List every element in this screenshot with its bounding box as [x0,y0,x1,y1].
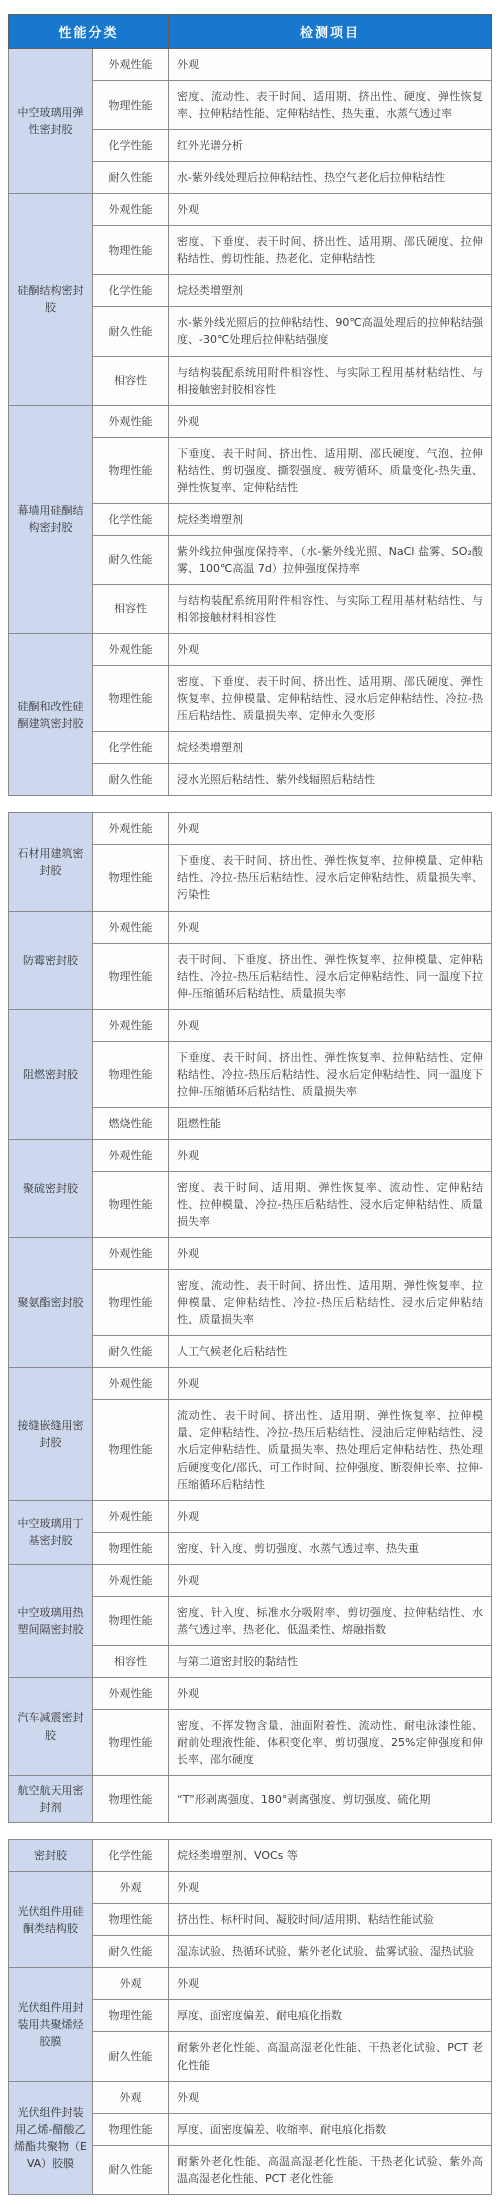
performance-category-cell: 化学性能 [93,275,169,307]
performance-category-cell: 相容性 [93,1645,169,1677]
table-row: 防霉密封胶外观性能外观 [9,911,492,943]
header-performance-category: 性能分类 [9,15,169,49]
performance-category-cell: 外观性能 [93,194,169,226]
performance-table-2: 石材用建筑密封胶外观性能外观物理性能下垂度、表干时间、挤出性、弹性恢复率、拉伸模… [8,812,492,1823]
test-items-cell: 烷烃类增塑剂 [169,732,492,764]
performance-category-cell: 物理性能 [93,1041,169,1107]
product-name-cell: 幕墙用硅酮结构密封胶 [9,405,93,633]
test-items-cell: 挤出性、标杆时间、凝胶时间/适用期、粘结性能试验 [169,1904,492,1936]
test-items-cell: 外观 [169,1500,492,1532]
table-row: 中空玻璃用弹性密封胶外观性能外观 [9,49,492,81]
table-row: 幕墙用硅酮结构密封胶外观性能外观 [9,405,492,437]
performance-category-cell: 外观性能 [93,1009,169,1041]
table-header-row: 性能分类检测项目 [9,15,492,49]
performance-category-cell: 物理性能 [93,437,169,503]
performance-category-cell: 物理性能 [93,1904,169,1936]
test-items-cell: 密度、不挥发物含量、油面附着性、流动性、耐电泳漆性能、耐前处理液性能、体积变化率… [169,1709,492,1775]
performance-category-cell: 物理性能 [93,226,169,275]
performance-category-cell: 外观性能 [93,405,169,437]
test-items-cell: 下垂度、表干时间、挤出性、弹性恢复率、拉伸模量、定伸粘结性、冷拉-热压后粘结性、… [169,845,492,911]
performance-category-cell: 耐久性能 [93,162,169,194]
test-items-cell: 外观 [169,1238,492,1270]
test-items-cell: 厚度、面密度偏差、耐电痕化指数 [169,2000,492,2032]
test-items-cell: 厚度、面密度偏差、收缩率、耐电痕化指数 [169,2113,492,2145]
tables-container: 性能分类检测项目中空玻璃用弹性密封胶外观性能外观物理性能密度、流动性、表干时间、… [8,14,492,2195]
performance-category-cell: 物理性能 [93,666,169,732]
test-items-cell: 流动性、表干时间、挤出性、适用期、弹性恢复率、拉伸模量、定伸粘结性、冷拉-热压后… [169,1400,492,1500]
performance-category-cell: 耐久性能 [93,1936,169,1968]
performance-category-cell: 物理性能 [93,81,169,130]
test-items-cell: 外观 [169,194,492,226]
performance-category-cell: 相容性 [93,584,169,633]
test-items-cell: 外观 [169,1872,492,1904]
test-items-cell: 阻燃性能 [169,1107,492,1139]
performance-category-cell: 化学性能 [93,1840,169,1872]
test-items-cell: 外观 [169,634,492,666]
table-row: 阻燃密封胶外观性能外观 [9,1009,492,1041]
performance-category-cell: 物理性能 [93,845,169,911]
test-items-cell: 水-紫外线处理后拉伸粘结性、热空气老化后拉伸粘结性 [169,162,492,194]
table-row: 硅酮和改性硅酮建筑密封胶外观性能外观 [9,634,492,666]
performance-category-cell: 外观 [93,1872,169,1904]
product-name-cell: 航空航天用密封剂 [9,1776,93,1823]
table-row: 聚硫密封胶外观性能外观 [9,1139,492,1171]
test-items-cell: 外观 [169,405,492,437]
test-items-cell: 烷烃类增塑剂、VOCs 等 [169,1840,492,1872]
performance-category-cell: 物理性能 [93,943,169,1009]
table-row: 汽车减震密封胶外观性能外观 [9,1677,492,1709]
test-items-cell: 表干时间、下垂度、挤出性、弹性恢复率、拉伸模量、定伸粘结性、冷拉-热压后粘结性、… [169,943,492,1009]
table-row: 光伏组件用硅酮类结构胶外观外观 [9,1872,492,1904]
performance-table-3: 密封胶化学性能烷烃类增塑剂、VOCs 等光伏组件用硅酮类结构胶外观外观物理性能挤… [8,1839,492,2195]
product-name-cell: 接缝嵌缝用密封胶 [9,1368,93,1500]
test-items-cell: 水-紫外线光照后的拉伸粘结性、90℃高温处理后的拉伸粘结强度、-30℃处理后拉伸… [169,307,492,356]
product-name-cell: 光伏组件用封装用共聚烯烃胶膜 [9,1968,93,2081]
performance-category-cell: 相容性 [93,356,169,405]
performance-category-cell: 物理性能 [93,1532,169,1564]
performance-category-cell: 化学性能 [93,732,169,764]
test-items-cell: 下垂度、表干时间、挤出性、弹性恢复率、拉伸粘结性、定伸粘结性、冷拉-热压后粘结性… [169,1041,492,1107]
product-name-cell: 中空玻璃用丁基密封胶 [9,1500,93,1564]
test-items-cell: 外观 [169,1564,492,1596]
product-name-cell: 汽车减震密封胶 [9,1677,93,1775]
performance-category-cell: 物理性能 [93,1709,169,1775]
performance-category-cell: 外观性能 [93,1500,169,1532]
performance-category-cell: 物理性能 [93,1270,169,1336]
test-items-cell: 下垂度、表干时间、挤出性、适用期、邵氏硬度、气泡、拉伸粘结性、剪切强度、撕裂强度… [169,437,492,503]
performance-category-cell: 外观性能 [93,634,169,666]
product-name-cell: 石材用建筑密封胶 [9,813,93,911]
performance-category-cell: 化学性能 [93,130,169,162]
performance-category-cell: 外观性能 [93,813,169,845]
product-name-cell: 硅酮和改性硅酮建筑密封胶 [9,634,93,796]
performance-category-cell: 耐久性能 [93,764,169,796]
test-items-cell: 浸水光照后粘结性、紫外线辐照后粘结性 [169,764,492,796]
performance-category-cell: 耐久性能 [93,2032,169,2081]
product-name-cell: 中空玻璃用弹性密封胶 [9,49,93,194]
performance-category-cell: 物理性能 [93,1171,169,1237]
product-name-cell: 光伏组件封装用乙烯-醋酸乙烯酯共聚物（EVA）胶膜 [9,2081,93,2194]
test-items-cell: 外观 [169,49,492,81]
page-root: 性能分类检测项目中空玻璃用弹性密封胶外观性能外观物理性能密度、流动性、表干时间、… [0,0,500,2205]
test-items-cell: 外观 [169,1368,492,1400]
table-row: 航空航天用密封剂物理性能“T”形剥离强度、180°剥离强度、剪切强度、硫化期 [9,1776,492,1823]
performance-category-cell: 物理性能 [93,1400,169,1500]
performance-category-cell: 耐久性能 [93,307,169,356]
performance-category-cell: 外观性能 [93,1564,169,1596]
table-row: 光伏组件封装用乙烯-醋酸乙烯酯共聚物（EVA）胶膜外观外观 [9,2081,492,2113]
test-items-cell: 耐紫外老化性能、高温高湿老化性能、干热老化试验、紫外高温高湿老化性能、PCT 老… [169,2145,492,2194]
table-row: 接缝嵌缝用密封胶外观性能外观 [9,1368,492,1400]
product-name-cell: 密封胶 [9,1840,93,1872]
test-items-cell: 外观 [169,1139,492,1171]
performance-category-cell: 物理性能 [93,1776,169,1823]
table-row: 光伏组件用封装用共聚烯烃胶膜外观外观 [9,1968,492,2000]
test-items-cell: 与第二道密封胶的黏结性 [169,1645,492,1677]
test-items-cell: “T”形剥离强度、180°剥离强度、剪切强度、硫化期 [169,1776,492,1823]
product-name-cell: 聚硫密封胶 [9,1139,93,1237]
performance-category-cell: 耐久性能 [93,1336,169,1368]
test-items-cell: 与结构装配系统用附件相容性、与实际工程用基材粘结性、与相邻接触材料相容性 [169,584,492,633]
header-test-items: 检测项目 [169,15,492,49]
performance-category-cell: 外观性能 [93,1238,169,1270]
test-items-cell: 密度、流动性、表干时间、适用期、挤出性、硬度、弹性恢复率、拉伸粘结性能、定伸粘结… [169,81,492,130]
test-items-cell: 红外光谱分析 [169,130,492,162]
table-row: 硅酮结构密封胶外观性能外观 [9,194,492,226]
test-items-cell: 外观 [169,911,492,943]
performance-category-cell: 外观性能 [93,1139,169,1171]
performance-category-cell: 化学性能 [93,503,169,535]
table-row: 石材用建筑密封胶外观性能外观 [9,813,492,845]
performance-category-cell: 外观性能 [93,49,169,81]
test-items-cell: 与结构装配系统用附件相容性、与实际工程用基材粘结性、与相接触密封胶相容性 [169,356,492,405]
test-items-cell: 外观 [169,1009,492,1041]
test-items-cell: 密度、下垂度、表干时间、挤出性、适用期、邵氏硬度、弹性恢复率、拉伸模量、定伸粘结… [169,666,492,732]
performance-category-cell: 外观 [93,2081,169,2113]
performance-category-cell: 物理性能 [93,1596,169,1645]
product-name-cell: 硅酮结构密封胶 [9,194,93,405]
test-items-cell: 密度、流动性、表干时间、挤出性、适用期、弹性恢复率、拉伸模量、定伸粘结性、冷拉-… [169,1270,492,1336]
performance-category-cell: 耐久性能 [93,535,169,584]
test-items-cell: 密度、针入度、剪切强度、水蒸气透过率、热失重 [169,1532,492,1564]
performance-category-cell: 外观性能 [93,1368,169,1400]
performance-category-cell: 燃烧性能 [93,1107,169,1139]
product-name-cell: 阻燃密封胶 [9,1009,93,1139]
test-items-cell: 外观 [169,1677,492,1709]
table-row: 中空玻璃用丁基密封胶外观性能外观 [9,1500,492,1532]
product-name-cell: 中空玻璃用热塑间隔密封胶 [9,1564,93,1677]
product-name-cell: 光伏组件用硅酮类结构胶 [9,1872,93,1968]
test-items-cell: 紫外线拉伸强度保持率、（水-紫外线光照、NaCl 盐雾、SO₂酸雾、100℃高温… [169,535,492,584]
table-row: 聚氨酯密封胶外观性能外观 [9,1238,492,1270]
performance-table-1: 性能分类检测项目中空玻璃用弹性密封胶外观性能外观物理性能密度、流动性、表干时间、… [8,14,492,796]
performance-category-cell: 外观 [93,1968,169,2000]
performance-category-cell: 物理性能 [93,2113,169,2145]
test-items-cell: 密度、下垂度、表干时间、挤出性、适用期、邵氏硬度、拉伸粘结性、剪切性能、热老化、… [169,226,492,275]
test-items-cell: 密度、表干时间、适用期、弹性恢复率、流动性、定伸粘结性、拉伸模量、冷拉-热压后粘… [169,1171,492,1237]
product-name-cell: 防霉密封胶 [9,911,93,1009]
test-items-cell: 耐紫外老化性能、高温高湿老化性能、干热老化试验、PCT 老化性能 [169,2032,492,2081]
product-name-cell: 聚氨酯密封胶 [9,1238,93,1368]
table-row: 中空玻璃用热塑间隔密封胶外观性能外观 [9,1564,492,1596]
performance-category-cell: 外观性能 [93,911,169,943]
test-items-cell: 外观 [169,2081,492,2113]
performance-category-cell: 外观性能 [93,1677,169,1709]
test-items-cell: 人工气候老化后粘结性 [169,1336,492,1368]
test-items-cell: 烷烃类增塑剂 [169,275,492,307]
performance-category-cell: 物理性能 [93,2000,169,2032]
test-items-cell: 外观 [169,813,492,845]
test-items-cell: 湿冻试验、热循环试验、紫外老化试验、盐雾试验、湿热试验 [169,1936,492,1968]
performance-category-cell: 耐久性能 [93,2145,169,2194]
test-items-cell: 密度、针入度、标准水分吸附率、剪切强度、拉伸粘结性、水蒸气透过率、热老化、低温柔… [169,1596,492,1645]
test-items-cell: 烷烃类增塑剂 [169,503,492,535]
test-items-cell: 外观 [169,1968,492,2000]
table-row: 密封胶化学性能烷烃类增塑剂、VOCs 等 [9,1840,492,1872]
